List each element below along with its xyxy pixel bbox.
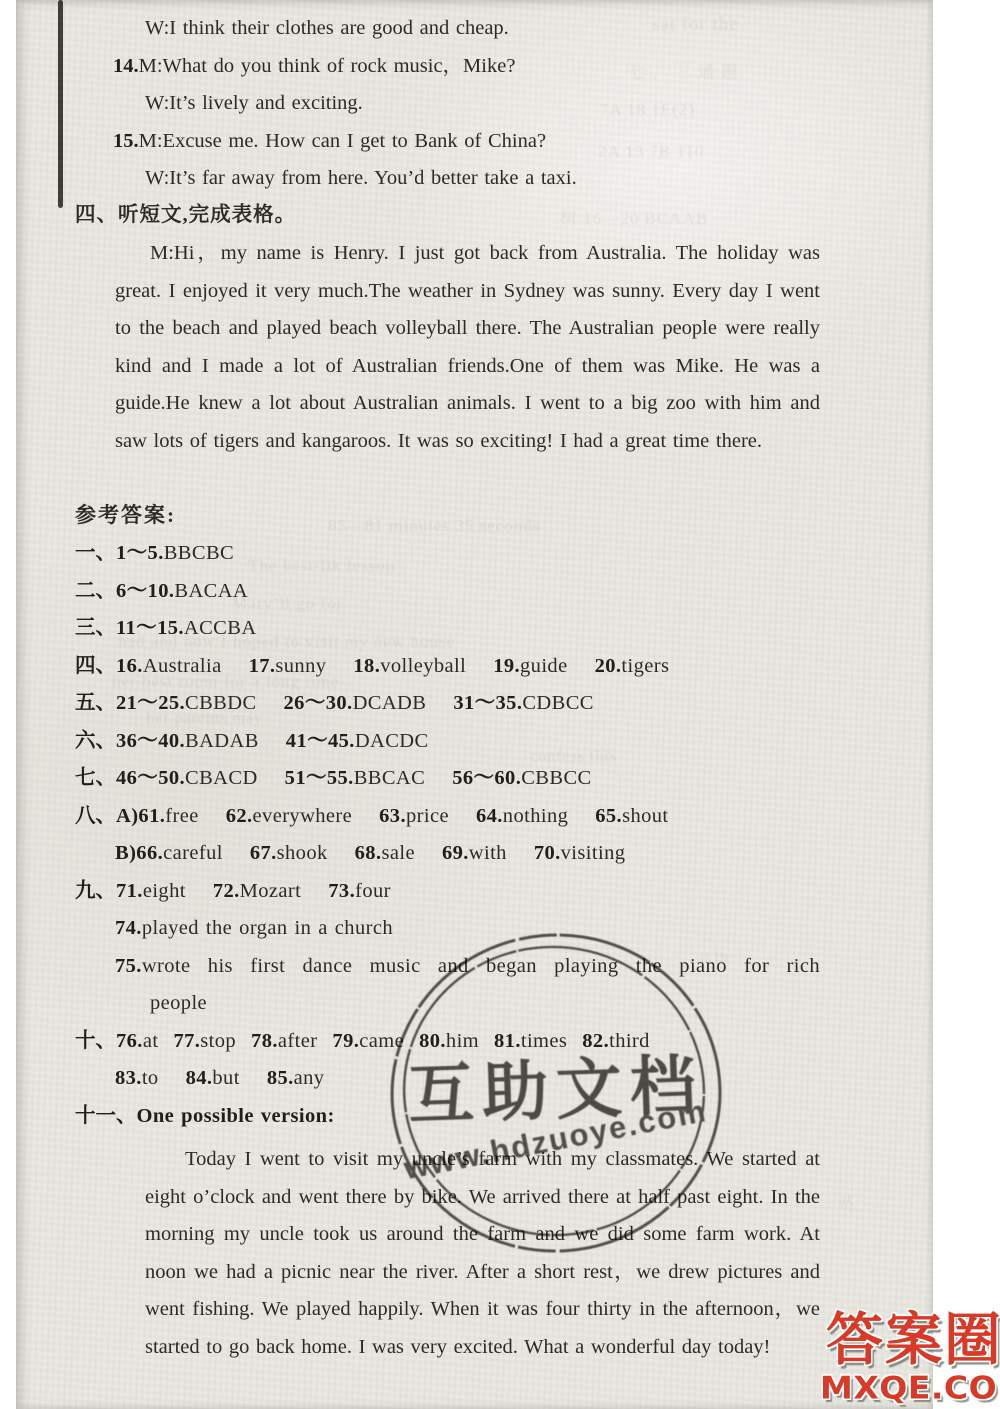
answer-section-numeral: 八、 — [75, 805, 116, 827]
transcript-line: W:I think their clothes are good and che… — [145, 10, 845, 48]
answer-number: 56～60. — [452, 767, 521, 789]
answer-number: 63. — [379, 805, 406, 827]
answer-section-numeral: 十、 — [75, 1030, 116, 1052]
answer-item: 76.at — [116, 1030, 158, 1052]
answer-item: 67.shook — [250, 842, 328, 864]
answer-item: 17.sunny — [249, 655, 327, 677]
answer-text: came — [359, 1030, 404, 1052]
answers-title: 参考答案: — [75, 497, 176, 535]
answer-text: DACDC — [355, 730, 429, 752]
answer-text: guide — [520, 655, 568, 677]
answer-number: 26～30. — [284, 692, 353, 714]
transcript-line: W:It’s far away from here. You’d better … — [145, 160, 845, 198]
answer-section-numeral: 七、 — [75, 767, 116, 789]
answer-text: wrote his first dance music and began pl… — [142, 955, 820, 977]
answer-line: 83.to84.but85.any — [115, 1060, 845, 1098]
answer-text: shook — [277, 842, 328, 864]
answer-number: 81. — [494, 1030, 521, 1052]
answer-item: 26～30.DCADB — [284, 692, 427, 714]
answer-number: 75. — [115, 955, 142, 977]
answer-text: times — [521, 1030, 567, 1052]
answer-item: 85.any — [267, 1067, 325, 1089]
answer-section-numeral: 六、 — [75, 730, 116, 752]
answer-line: 七、46～50.CBACD51～55.BBCAC56～60.CBBCC — [75, 760, 845, 798]
line-text: W:I think their clothes are good and che… — [145, 17, 509, 39]
answer-section-numeral: 一、 — [75, 542, 116, 564]
answer-item: 83.to — [115, 1067, 159, 1089]
answer-number: 84. — [186, 1067, 213, 1089]
answer-line: 八、A)61.free62.everywhere63.price64.nothi… — [75, 798, 845, 836]
transcript-line: W:It’s lively and exciting. — [145, 85, 845, 123]
answer-text: people — [150, 992, 207, 1014]
answer-line: 六、36～40.BADAB41～45.DACDC — [75, 723, 845, 761]
answer-line: 四、16.Australia17.sunny18.volleyball19.gu… — [75, 648, 845, 686]
answer-number: 46～50. — [116, 767, 185, 789]
answer-item: 69.with — [442, 842, 507, 864]
answer-item: 71.eight — [116, 880, 186, 902]
answer-text: but — [212, 1067, 239, 1089]
answer-text: everywhere — [253, 805, 353, 827]
answer-item: 65.shout — [595, 805, 668, 827]
line-text: M:What do you think of rock music，Mike? — [139, 55, 516, 77]
answer-section-numeral: 二、 — [75, 580, 116, 602]
line-number: 14. — [113, 55, 139, 77]
answer-item: 77.stop — [173, 1030, 236, 1052]
answer-text: nothing — [503, 805, 568, 827]
answer-number: 70. — [534, 842, 561, 864]
answer-item: 6～10.BACAA — [116, 580, 248, 602]
answer-number: 21～25. — [116, 692, 185, 714]
answer-item: 56～60.CBBCC — [452, 767, 591, 789]
answer-text: BBCAC — [354, 767, 426, 789]
answer-item: 46～50.CBACD — [116, 767, 258, 789]
listening-passage: M:Hi，my name is Henry. I just got back f… — [115, 235, 820, 460]
answer-item: 82.third — [582, 1030, 650, 1052]
answer-text: CDBCC — [522, 692, 594, 714]
answer-item: 79.came — [332, 1030, 404, 1052]
answer-item: One possible version: — [137, 1105, 335, 1127]
answer-section-numeral: 十一、 — [75, 1105, 137, 1127]
answer-number: 36～40. — [116, 730, 185, 752]
answer-text: price — [406, 805, 449, 827]
answer-text: tigers — [621, 655, 669, 677]
answer-text: DCADB — [353, 692, 427, 714]
answer-section-numeral: 三、 — [75, 617, 116, 639]
answer-text: visiting — [561, 842, 626, 864]
answer-number: 6～10. — [116, 580, 174, 602]
answer-item: 73.four — [328, 880, 391, 902]
answer-item: 11～15.ACCBA — [116, 617, 257, 639]
mxqe-watermark: 答案圈 MXQE.COM — [826, 1312, 1000, 1404]
answer-item: 21～25.CBBDC — [116, 692, 257, 714]
answer-item: 41～45.DACDC — [286, 730, 429, 752]
answer-text: Australia — [143, 655, 222, 677]
answer-line: 十、76.at77.stop78.after79.came80.him81.ti… — [75, 1023, 845, 1061]
answer-number: 76. — [116, 1030, 143, 1052]
answer-text: BACAA — [174, 580, 248, 602]
answer-text: to — [142, 1067, 159, 1089]
line-text: W:It’s far away from here. You’d better … — [145, 167, 577, 189]
answer-line: 74.played the organ in a church — [115, 910, 845, 948]
answer-line: 十一、One possible version: — [75, 1098, 845, 1136]
answer-number: 18. — [353, 655, 380, 677]
composition-paragraph: Today I went to visit my uncle’s farm wi… — [145, 1141, 820, 1366]
answer-text: any — [294, 1067, 325, 1089]
answer-text: stop — [200, 1030, 236, 1052]
answer-item: 75.wrote his first dance music and began… — [115, 955, 820, 977]
answer-number: 72. — [213, 880, 240, 902]
answer-line: 75.wrote his first dance music and began… — [115, 948, 820, 986]
answer-text: free — [165, 805, 198, 827]
answer-text: him — [446, 1030, 479, 1052]
answer-item: 19.guide — [493, 655, 567, 677]
transcript-line: 14.M:What do you think of rock music，Mik… — [113, 48, 845, 86]
answer-item: 62.everywhere — [226, 805, 352, 827]
answer-item: 70.visiting — [534, 842, 626, 864]
answer-number: 67. — [250, 842, 277, 864]
answer-text: four — [355, 880, 391, 902]
answer-text: ACCBA — [184, 617, 257, 639]
answer-number: 85. — [267, 1067, 294, 1089]
answer-item: 31～35.CDBCC — [453, 692, 594, 714]
answer-number: A)61. — [116, 805, 165, 827]
line-text: W:It’s lively and exciting. — [145, 92, 363, 114]
answer-number: 79. — [332, 1030, 359, 1052]
answer-text: with — [469, 842, 507, 864]
answer-number: 51～55. — [285, 767, 354, 789]
answer-number: 19. — [493, 655, 520, 677]
answer-number: 1～5. — [116, 542, 164, 564]
answers-block: 一、1～5.BBCBC二、6～10.BACAA三、11～15.ACCBA四、16… — [75, 535, 845, 1135]
answer-number: 65. — [595, 805, 622, 827]
answer-number: 31～35. — [453, 692, 522, 714]
answer-item: 74.played the organ in a church — [115, 917, 393, 939]
answer-number: 64. — [476, 805, 503, 827]
answer-text: shout — [622, 805, 668, 827]
answer-text: played the organ in a church — [142, 917, 393, 939]
answer-item: 68.sale — [355, 842, 415, 864]
answer-number: 69. — [442, 842, 469, 864]
answer-item: 63.price — [379, 805, 449, 827]
answer-item: 20.tigers — [595, 655, 670, 677]
answer-number: One possible version: — [137, 1105, 335, 1127]
answer-item: 18.volleyball — [353, 655, 466, 677]
answer-item: 84.but — [186, 1067, 240, 1089]
mxqe-domain-text: MXQE.COM — [820, 1372, 1000, 1403]
answer-item: 51～55.BBCAC — [285, 767, 426, 789]
answer-section-numeral: 四、 — [75, 655, 116, 677]
answer-line: 三、11～15.ACCBA — [75, 610, 845, 648]
answer-line: B)66.careful67.shook68.sale69.with70.vis… — [115, 835, 845, 873]
line-text: M:Excuse me. How can I get to Bank of Ch… — [139, 130, 546, 152]
answer-number: 78. — [251, 1030, 278, 1052]
answer-item: 1～5.BBCBC — [116, 542, 234, 564]
answer-number: 71. — [116, 880, 143, 902]
answer-number: 77. — [173, 1030, 200, 1052]
answer-number: 83. — [115, 1067, 142, 1089]
answer-item: 16.Australia — [116, 655, 222, 677]
answer-section-numeral: 五、 — [75, 692, 116, 714]
answer-text: CBBDC — [185, 692, 257, 714]
answer-text: eight — [143, 880, 186, 902]
answer-item: A)61.free — [116, 805, 199, 827]
answer-item: 78.after — [251, 1030, 317, 1052]
section-4-header: 四、听短文,完成表格。 — [75, 197, 296, 235]
answer-number: 82. — [582, 1030, 609, 1052]
answer-item: 72.Mozart — [213, 880, 301, 902]
answer-item: 36～40.BADAB — [116, 730, 259, 752]
answer-line: 九、71.eight72.Mozart73.four — [75, 873, 845, 911]
answer-number: 62. — [226, 805, 253, 827]
answer-text: careful — [163, 842, 223, 864]
answer-item: 80.him — [419, 1030, 479, 1052]
answer-text: CBBCC — [521, 767, 591, 789]
answer-text: at — [143, 1030, 159, 1052]
answer-text: BADAB — [185, 730, 259, 752]
answer-number: 68. — [355, 842, 382, 864]
answer-number: 16. — [116, 655, 143, 677]
mxqe-logo-text: 答案圈 — [826, 1312, 1000, 1369]
answer-line: 一、1～5.BBCBC — [75, 535, 845, 573]
answer-item: people — [150, 992, 207, 1014]
transcript-line: 15.M:Excuse me. How can I get to Bank of… — [113, 123, 845, 161]
answer-text: after — [278, 1030, 318, 1052]
answer-item: 81.times — [494, 1030, 567, 1052]
answer-number: B)66. — [115, 842, 163, 864]
answer-text: Mozart — [240, 880, 302, 902]
answer-line: 五、21～25.CBBDC26～30.DCADB31～35.CDBCC — [75, 685, 845, 723]
answer-number: 17. — [249, 655, 276, 677]
transcript-block: W:I think their clothes are good and che… — [75, 10, 845, 198]
answer-text: volleyball — [380, 655, 466, 677]
answer-text: CBACD — [185, 767, 258, 789]
answer-item: 64.nothing — [476, 805, 568, 827]
answer-text: BBCBC — [164, 542, 234, 564]
answer-text: sunny — [275, 655, 326, 677]
answer-line: 二、6～10.BACAA — [75, 573, 845, 611]
answer-number: 80. — [419, 1030, 446, 1052]
answer-text: sale — [381, 842, 414, 864]
answer-number: 41～45. — [286, 730, 355, 752]
answer-item: B)66.careful — [115, 842, 223, 864]
page-content: W:I think their clothes are good and che… — [0, 0, 1000, 1409]
answer-section-numeral: 九、 — [75, 880, 116, 902]
answer-number: 74. — [115, 917, 142, 939]
answer-number: 73. — [328, 880, 355, 902]
answer-text: third — [609, 1030, 650, 1052]
answer-number: 11～15. — [116, 617, 184, 639]
answer-number: 20. — [595, 655, 622, 677]
answer-line: people — [150, 985, 845, 1023]
line-number: 15. — [113, 130, 139, 152]
